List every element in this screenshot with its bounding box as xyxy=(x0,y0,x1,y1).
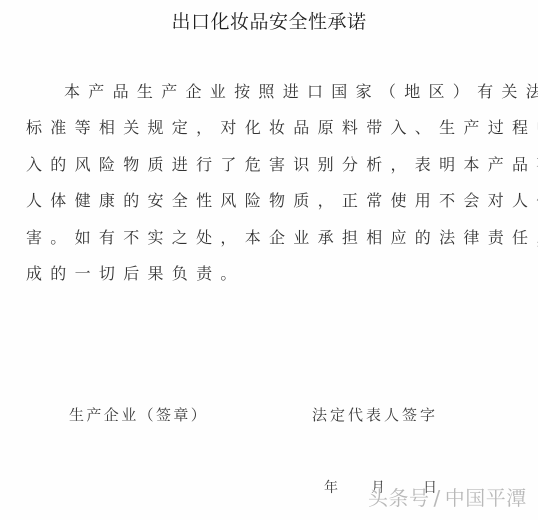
document-title: 出口化妆品安全性承诺 xyxy=(0,9,538,35)
body-line: 标准等相关规定，对化妆品原料带入、生产过程中产生或带 xyxy=(26,118,512,154)
date-year-label: 年 xyxy=(324,479,338,497)
watermark-separator: / xyxy=(434,486,441,510)
watermark-source: 头条号 xyxy=(368,486,430,510)
body-line: 害。如有不实之处，本企业承担相应的法律责任，对由此造 xyxy=(26,228,512,264)
body-line: 成的一切后果负责。 xyxy=(26,264,512,300)
legal-representative-signature-label: 法定代表人签字 xyxy=(312,405,438,425)
body-line: 入的风险物质进行了危害识别分析，表明本产品不存在危害 xyxy=(26,155,512,191)
commitment-body: 本产品生产企业按照进口国家（地区）有关法律法规、 标准等相关规定，对化妆品原料带… xyxy=(26,82,512,300)
body-line: 人体健康的安全性风险物质，正常使用不会对人体造成危 xyxy=(26,191,512,227)
document-page: 出口化妆品安全性承诺 本产品生产企业按照进口国家（地区）有关法律法规、 标准等相… xyxy=(0,0,538,520)
company-seal-label: 生产企业（签章） xyxy=(69,405,208,425)
body-line: 本产品生产企业按照进口国家（地区）有关法律法规、 xyxy=(26,82,512,118)
watermark-account: 中国平潭 xyxy=(445,486,527,510)
watermark: 头条号/中国平潭 xyxy=(368,486,527,510)
